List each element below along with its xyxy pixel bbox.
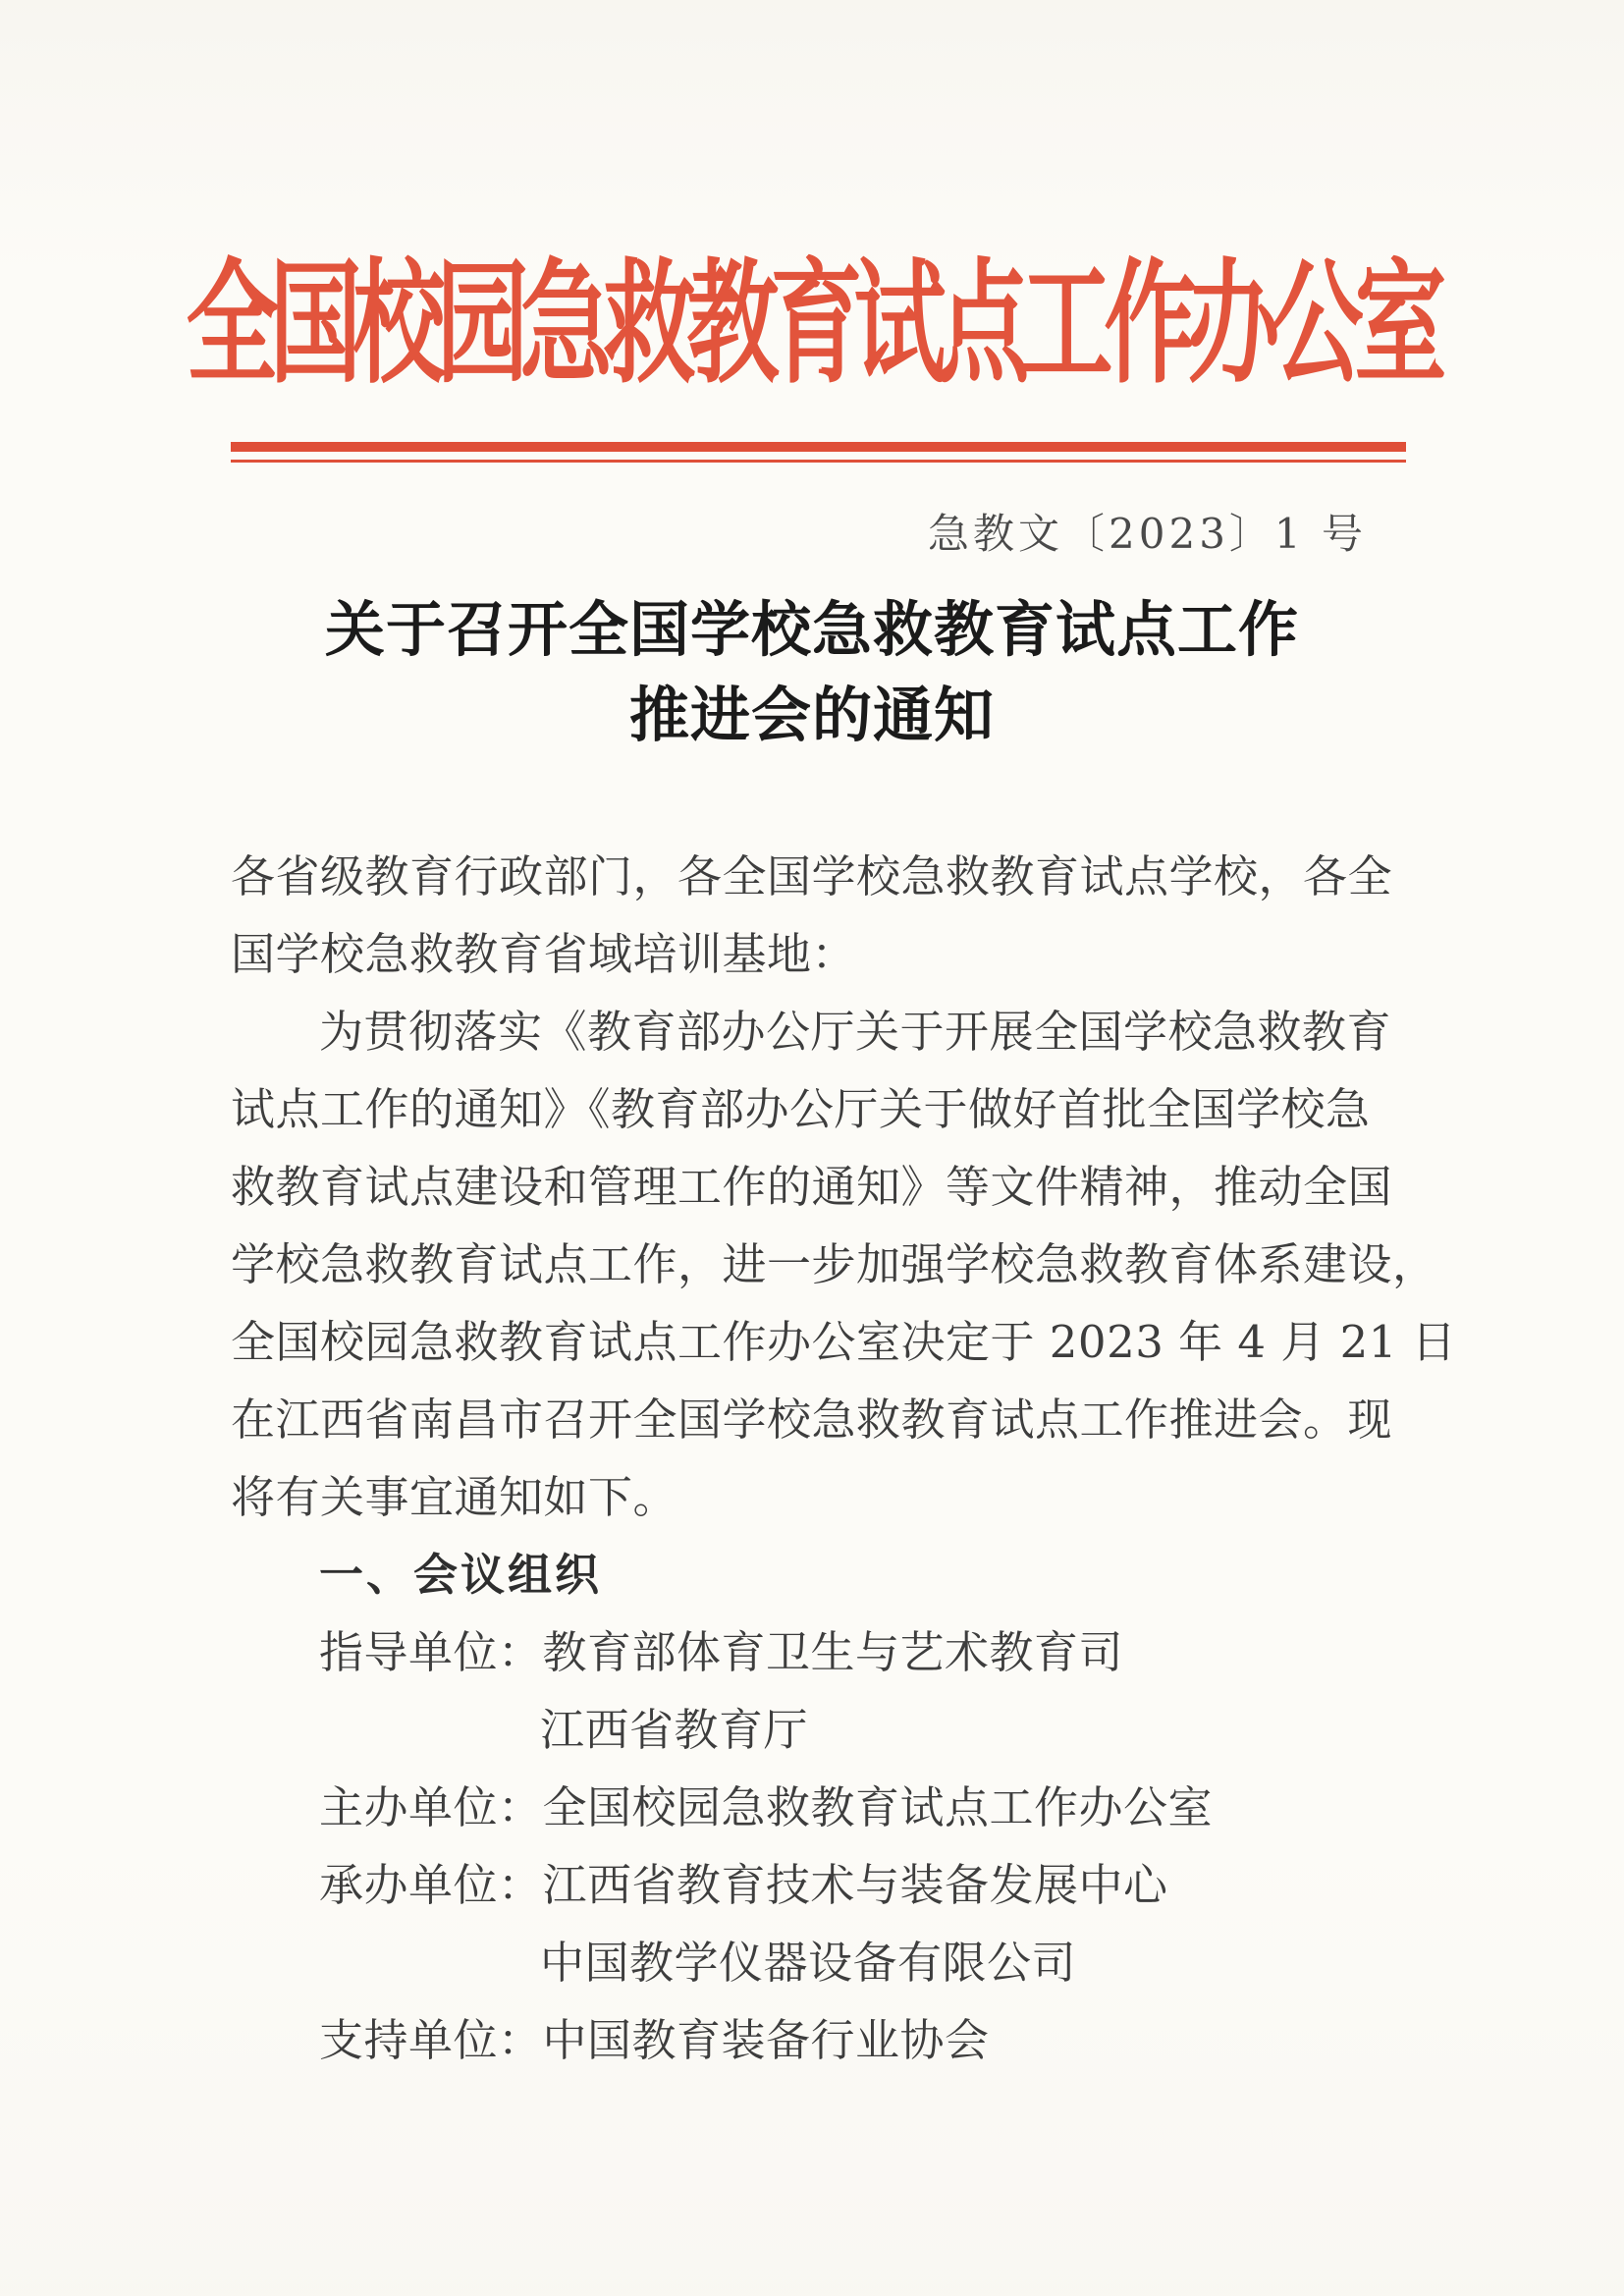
notice-title-line1: 关于召开全国学校急救教育试点工作 [0, 587, 1624, 673]
document-page: 全国校园急救教育试点工作办公室 急教文〔2023〕1 号 关于召开全国学校急救教… [0, 0, 1624, 2296]
letterhead-rule-thick [231, 442, 1406, 452]
document-number: 急教文〔2023〕1 号 [928, 509, 1367, 560]
body-line: 在江西省南昌市召开全国学校急救教育试点工作推进会。现 [231, 1381, 1419, 1458]
body-line: 各省级教育行政部门，各全国学校急救教育试点学校，各全 [231, 838, 1419, 915]
letterhead-rule-thin [231, 460, 1406, 463]
body-line: 国学校急救教育省域培训基地： [231, 915, 1419, 993]
body-lines: 各省级教育行政部门，各全国学校急救教育试点学校，各全国学校急救教育省域培训基地：… [231, 838, 1419, 2079]
body-line: 全国校园急救教育试点工作办公室决定于 2023 年 4 月 21 日 [231, 1303, 1419, 1381]
notice-title: 关于召开全国学校急救教育试点工作 推进会的通知 [0, 587, 1624, 758]
letterhead-banner: 全国校园急救教育试点工作办公室 [0, 247, 1624, 402]
body-line: 学校急救教育试点工作，进一步加强学校急救教育体系建设， [231, 1226, 1419, 1303]
body-line: 承办单位：江西省教育技术与装备发展中心 [231, 1846, 1419, 1924]
body-line: 一、会议组织 [231, 1536, 1419, 1613]
body-line: 为贯彻落实《教育部办公厅关于开展全国学校急救教育 [231, 993, 1419, 1070]
body-line: 将有关事宜通知如下。 [231, 1458, 1419, 1536]
body-line: 支持单位：中国教育装备行业协会 [231, 2001, 1419, 2079]
body-line: 指导单位：教育部体育卫生与艺术教育司 [231, 1613, 1419, 1691]
body-line: 救教育试点建设和管理工作的通知》等文件精神，推动全国 [231, 1148, 1419, 1226]
body-line: 主办单位：全国校园急救教育试点工作办公室 [231, 1769, 1419, 1846]
notice-title-line2: 推进会的通知 [0, 673, 1624, 758]
body-line: 试点工作的通知》《教育部办公厅关于做好首批全国学校急 [231, 1070, 1419, 1148]
body-line: 江西省教育厅 [231, 1691, 1419, 1769]
body-line: 中国教学仪器设备有限公司 [231, 1924, 1419, 2001]
